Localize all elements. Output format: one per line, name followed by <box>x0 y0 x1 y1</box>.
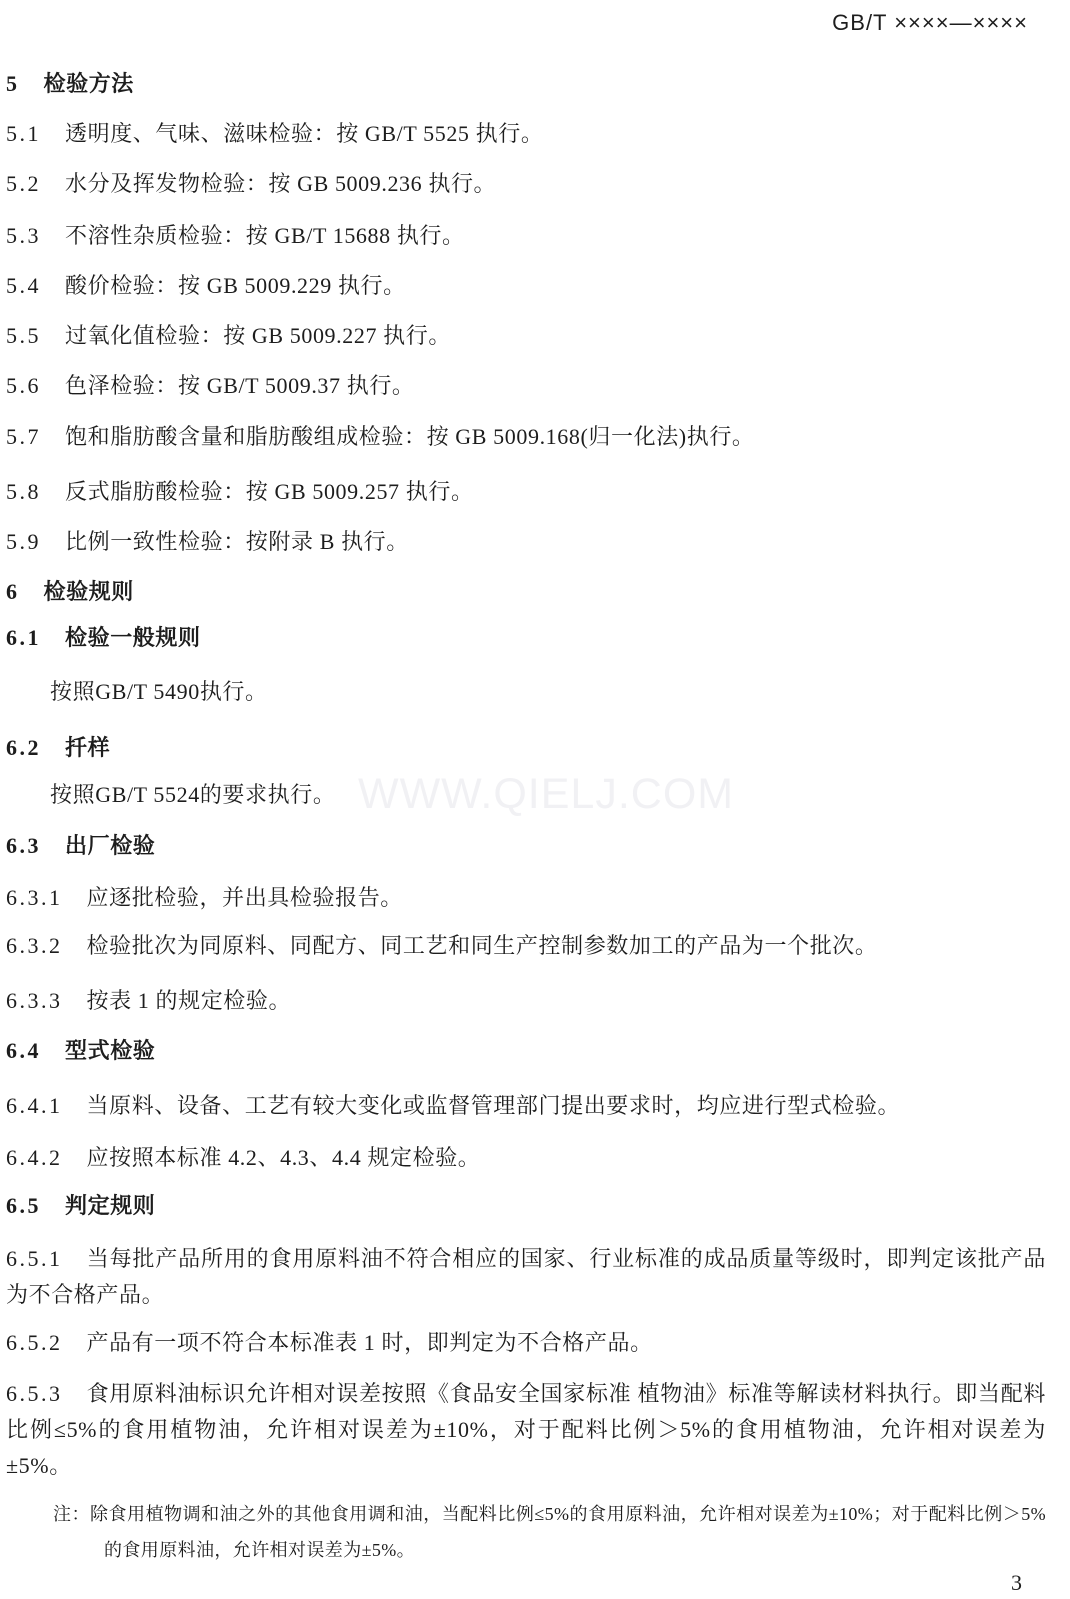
clause-6-3-3: 6.3.3按表 1 的规定检验。 <box>6 983 1046 1019</box>
clause-5-1: 5.1透明度、气味、滋味检验：按 GB/T 5525 执行。 <box>6 116 1046 152</box>
clause-number: 6.4.2 <box>6 1145 63 1170</box>
clause-number: 6.5.1 <box>6 1246 63 1271</box>
clause-6-4-2: 6.4.2应按照本标准 4.2、4.3、4.4 规定检验。 <box>6 1140 1046 1176</box>
clause-number: 6.4.1 <box>6 1093 63 1118</box>
clause-text: 食用原料油标识允许相对误差按照《食品安全国家标准 植物油》标准等解读材料执行。即… <box>6 1381 1046 1478</box>
clause-number: 6.3.1 <box>6 885 63 910</box>
section-heading-6-1: 6.1检验一般规则 <box>6 620 1046 656</box>
clause-text: 反式脂肪酸检验：按 GB 5009.257 执行。 <box>65 479 474 504</box>
section-title: 出厂检验 <box>65 833 155 858</box>
section-number: 6.1 <box>6 625 41 650</box>
section-number: 6.2 <box>6 735 41 760</box>
clause-6-3-2: 6.3.2检验批次为同原料、同配方、同工艺和同生产控制参数加工的产品为一个批次。 <box>6 928 1046 964</box>
clause-text: 当每批产品所用的食用原料油不符合相应的国家、行业标准的成品质量等级时，即判定该批… <box>6 1246 1046 1307</box>
clause-text: 酸价检验：按 GB 5009.229 执行。 <box>65 273 406 298</box>
section-heading-6-2: 6.2扦样 <box>6 730 1046 766</box>
clause-5-8: 5.8反式脂肪酸检验：按 GB 5009.257 执行。 <box>6 474 1046 510</box>
clause-text: 水分及挥发物检验：按 GB 5009.236 执行。 <box>65 171 496 196</box>
clause-text: 色泽检验：按 GB/T 5009.37 执行。 <box>65 373 415 398</box>
clause-number: 5.4 <box>6 273 41 298</box>
clause-number: 5.5 <box>6 323 41 348</box>
clause-number: 5.3 <box>6 223 41 248</box>
section-number: 6.4 <box>6 1038 41 1063</box>
clause-text: 检验批次为同原料、同配方、同工艺和同生产控制参数加工的产品为一个批次。 <box>87 933 878 958</box>
section-title: 检验规则 <box>44 579 134 604</box>
standard-doc-code: GB/T ××××—×××× <box>832 10 1028 36</box>
clause-text: 当原料、设备、工艺有较大变化或监督管理部门提出要求时，均应进行型式检验。 <box>87 1093 901 1118</box>
clause-number: 5.7 <box>6 424 41 449</box>
clause-5-6: 5.6色泽检验：按 GB/T 5009.37 执行。 <box>6 368 1046 404</box>
clause-number: 6.5.2 <box>6 1330 63 1355</box>
section-heading-6-3: 6.3出厂检验 <box>6 828 1046 864</box>
section-title: 判定规则 <box>65 1193 155 1218</box>
clause-number: 5.2 <box>6 171 41 196</box>
clause-number: 6.3.2 <box>6 933 63 958</box>
clause-number: 5.1 <box>6 121 41 146</box>
clause-6-5-1: 6.5.1当每批产品所用的食用原料油不符合相应的国家、行业标准的成品质量等级时，… <box>6 1241 1046 1313</box>
clause-5-9: 5.9比例一致性检验：按附录 B 执行。 <box>6 524 1046 560</box>
section-number: 5 <box>6 71 20 96</box>
clause-5-2: 5.2水分及挥发物检验：按 GB 5009.236 执行。 <box>6 166 1046 202</box>
section-title: 型式检验 <box>65 1038 155 1063</box>
section-heading-6-5: 6.5判定规则 <box>6 1188 1046 1224</box>
clause-6-3-1: 6.3.1应逐批检验，并出具检验报告。 <box>6 880 1046 916</box>
section-number: 6.5 <box>6 1193 41 1218</box>
page-number: 3 <box>1011 1570 1022 1596</box>
clause-text: 比例一致性检验：按附录 B 执行。 <box>65 529 409 554</box>
clause-number: 5.6 <box>6 373 41 398</box>
clause-text: 应按照本标准 4.2、4.3、4.4 规定检验。 <box>87 1145 481 1170</box>
clause-6-5-3: 6.5.3食用原料油标识允许相对误差按照《食品安全国家标准 植物油》标准等解读材… <box>6 1376 1046 1484</box>
clause-5-5: 5.5过氧化值检验：按 GB 5009.227 执行。 <box>6 318 1046 354</box>
section-title: 检验一般规则 <box>65 625 201 650</box>
paragraph-6-2: 按照GB/T 5524的要求执行。 <box>6 777 1046 813</box>
section-heading-5: 5检验方法 <box>6 66 1046 102</box>
section-number: 6 <box>6 579 20 604</box>
clause-number: 6.3.3 <box>6 988 63 1013</box>
clause-number: 5.9 <box>6 529 41 554</box>
section-number: 6.3 <box>6 833 41 858</box>
clause-text: 产品有一项不符合本标准表 1 时，即判定为不合格产品。 <box>87 1330 653 1355</box>
section-heading-6-4: 6.4型式检验 <box>6 1033 1046 1069</box>
section-title: 检验方法 <box>44 71 134 96</box>
clause-number: 5.8 <box>6 479 41 504</box>
clause-5-4: 5.4酸价检验：按 GB 5009.229 执行。 <box>6 268 1046 304</box>
note: 注：除食用植物调和油之外的其他食用调和油，当配料比例≤5%的食用原料油，允许相对… <box>6 1496 1046 1568</box>
clause-text: 按表 1 的规定检验。 <box>87 988 292 1013</box>
clause-6-4-1: 6.4.1当原料、设备、工艺有较大变化或监督管理部门提出要求时，均应进行型式检验… <box>6 1088 1046 1124</box>
clause-text: 不溶性杂质检验：按 GB/T 15688 执行。 <box>65 223 465 248</box>
clause-text: 饱和脂肪酸含量和脂肪酸组成检验：按 GB 5009.168(归一化法)执行。 <box>65 424 755 449</box>
clause-6-5-2: 6.5.2产品有一项不符合本标准表 1 时，即判定为不合格产品。 <box>6 1325 1046 1361</box>
clause-5-7: 5.7饱和脂肪酸含量和脂肪酸组成检验：按 GB 5009.168(归一化法)执行… <box>6 419 1046 455</box>
clause-number: 6.5.3 <box>6 1381 63 1406</box>
clause-5-3: 5.3不溶性杂质检验：按 GB/T 15688 执行。 <box>6 218 1046 254</box>
clause-text: 应逐批检验，并出具检验报告。 <box>87 885 403 910</box>
clause-text: 过氧化值检验：按 GB 5009.227 执行。 <box>65 323 451 348</box>
clause-text: 透明度、气味、滋味检验：按 GB/T 5525 执行。 <box>65 121 543 146</box>
section-heading-6: 6检验规则 <box>6 574 1046 610</box>
paragraph-6-1: 按照GB/T 5490执行。 <box>6 674 1046 710</box>
section-title: 扦样 <box>65 735 110 760</box>
